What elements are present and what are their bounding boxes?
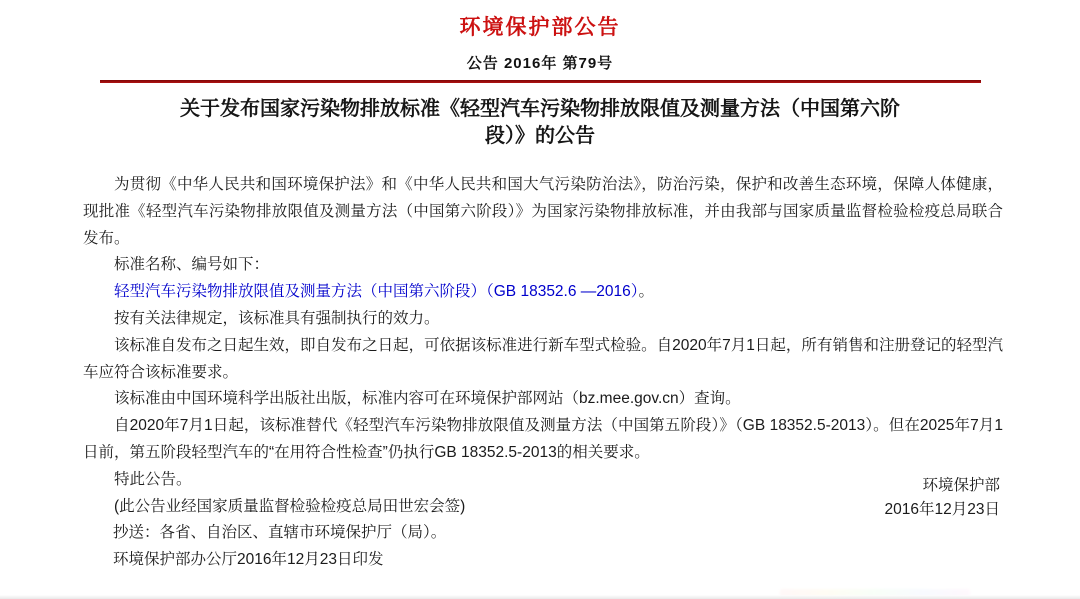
paragraph-standard-intro: 标准名称、编号如下： [83,252,1003,279]
standard-link-suffix: 。 [639,283,655,300]
footer-cc-line: 抄送：各省、自治区、直辖市环境保护厅（局）。 [113,520,446,547]
signature-date: 2016年12月23日 [885,498,1000,522]
paragraph-preamble: 为贯彻《中华人民共和国环境保护法》和《中华人民共和国大气污染防治法》，防治污染，… [83,172,1003,252]
signature-block: 环境保护部 2016年12月23日 [885,474,1000,522]
page-bottom-edge [0,595,1080,599]
paragraph-legal-force: 按有关法律规定，该标准具有强制执行的效力。 [83,306,1003,333]
doc-body: 为贯彻《中华人民共和国环境保护法》和《中华人民共和国大气污染防治法》，防治污染，… [83,172,1003,520]
paragraph-countersign-note: (此公告业经国家质量监督检验检疫总局田世宏会签) [83,494,1003,521]
standard-link[interactable]: 轻型汽车污染物排放限值及测量方法（中国第六阶段）（GB 18352.6 —201… [114,283,639,300]
doc-title: 关于发布国家污染物排放标准《轻型汽车污染物排放限值及测量方法（中国第六阶 段）》… [130,96,950,150]
paragraph-publisher: 该标准由中国环境科学出版社出版，标准内容可在环境保护部网站（bz.mee.gov… [83,386,1003,413]
doc-number: 公告 2016年 第79号 [0,55,1080,73]
document-page: 环境保护部公告 公告 2016年 第79号 关于发布国家污染物排放标准《轻型汽车… [0,0,1080,599]
red-divider-rule [100,80,981,83]
agency-title: 环境保护部公告 [0,15,1080,41]
footer: 抄送：各省、自治区、直辖市环境保护厅（局）。 环境保护部办公厅2016年12月2… [113,520,446,573]
paragraph-replacement: 自2020年7月1日起，该标准替代《轻型汽车污染物排放限值及测量方法（中国第五阶… [83,413,1003,467]
footer-issue-line: 环境保护部办公厅2016年12月23日印发 [113,547,446,574]
doc-title-line-2: 段）》的公告 [130,123,950,150]
doc-header: 环境保护部公告 [0,0,1080,41]
paragraph-hereby-announced: 特此公告。 [83,467,1003,494]
doc-title-line-1: 关于发布国家污染物排放标准《轻型汽车污染物排放限值及测量方法（中国第六阶 [130,96,950,123]
signature-org: 环境保护部 [885,474,1000,498]
paragraph-effective-date: 该标准自发布之日起生效，即自发布之日起，可依据该标准进行新车型式检验。自2020… [83,333,1003,387]
paragraph-standard-link-line: 轻型汽车污染物排放限值及测量方法（中国第六阶段）（GB 18352.6 —201… [83,279,1003,306]
